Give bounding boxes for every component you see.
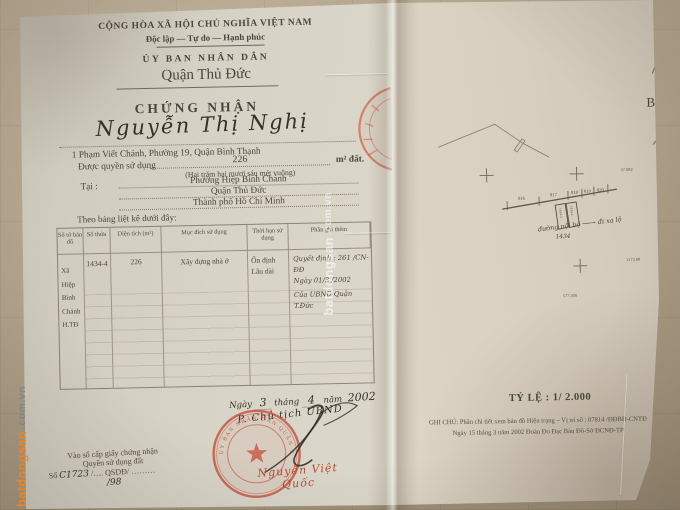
partial-red-seal [326, 77, 392, 182]
plot-tag: 1434-4 [569, 206, 574, 216]
ruled-lines [112, 293, 164, 384]
registry-number-handwritten: C1723 [59, 469, 89, 481]
boundary-lines [438, 123, 550, 159]
plot-ref-handwritten: 1434 [556, 234, 571, 240]
ruled-lines [290, 288, 374, 380]
issuer-name: Quận Thủ Đức [56, 64, 356, 87]
north-label: B [646, 94, 655, 109]
col-header-term: Thời hạn sử dụng [247, 224, 289, 251]
ruled-lines [249, 290, 291, 381]
map-sheet-line: Xã [61, 264, 83, 278]
grid-coordinate-label: 1173.00 [626, 257, 641, 262]
scale-line: TỶ LỆ : 1/ 2.000 [492, 391, 607, 404]
parcel-label: 820 [597, 187, 605, 192]
term-line: Ổn định [251, 254, 288, 266]
motto-line: Độc lập — Tự do — Hạnh phúc [55, 30, 355, 46]
grant-label: Được quyền sử dụng [78, 161, 156, 173]
grid-coordinate-label: 577.300 [563, 293, 578, 298]
map-sheet-line: Hiệp [61, 278, 83, 292]
issuer-underline [116, 85, 278, 89]
ruled-lines [85, 294, 113, 385]
page-crease [326, 73, 388, 75]
photo-of-land-certificate: CỘNG HÒA XÃ HỘI CHỦ NGHĨA VIỆT NAM Độc l… [0, 0, 680, 510]
col-header-area: Diện tích (m²) [110, 227, 162, 254]
plot-tag: 1434-3 [558, 208, 563, 218]
cell-map-sheet: Xã Hiệp Bình Chánh H.TĐ [58, 254, 87, 389]
parcel-number: 1434-4 [86, 259, 107, 268]
cell-notes: Quyết định : 261 /CN-ĐĐ Ngày 01/3 /2002 … [289, 248, 374, 384]
col-header-purpose: Mục đích sử dụng [161, 225, 248, 253]
note-line: Ngày 01/3 /2002 [293, 274, 369, 287]
registry-block: Vào sổ cấp giấy chứng nhận Quyền sử dụng… [47, 445, 179, 491]
col-header-notes: Phần ghi thêm [288, 222, 371, 250]
col-header-parcel-no: Số thửa [83, 228, 111, 255]
table-intro: Theo bảng liệt kê dưới đây: [77, 212, 177, 224]
map-sheet-line: H.TĐ [62, 318, 84, 332]
note-line: Quyết định : 261 /CN-ĐĐ [293, 252, 369, 276]
parcel-label: 819 [584, 189, 592, 194]
area-number: 226 [130, 257, 141, 266]
motto-underline [157, 45, 265, 48]
parcel-label: 818 [571, 190, 579, 195]
parcel-label: 817 [550, 192, 558, 197]
col-header-map-sheet: Số tờ bản đồ [57, 228, 84, 255]
map-sheet-line: Chánh [62, 305, 84, 319]
map-sheet-line: Bình [62, 291, 84, 305]
purpose-text: Xây dựng nhà ở [180, 256, 228, 266]
cell-parcel-number: 1434-4 [84, 254, 114, 389]
registry-number-prefix: Số [48, 471, 57, 480]
parcel-label: 816 [518, 196, 526, 201]
ruled-lines [163, 291, 250, 383]
grid-coordinate-label: 57.082 [621, 167, 633, 172]
at-label: Tại : [80, 182, 98, 192]
cell-area: 226 [111, 253, 165, 388]
parcel-table: Số tờ bản đồ Số thửa Diện tích (m²) Mục … [56, 221, 374, 390]
name-baseline [60, 140, 356, 148]
cell-purpose: Xây dựng nhà ở [162, 251, 251, 387]
cell-term: Ổn định Lâu dài [248, 250, 292, 385]
term-line: Lâu dài [251, 265, 288, 277]
area-value: 226 [150, 152, 330, 169]
